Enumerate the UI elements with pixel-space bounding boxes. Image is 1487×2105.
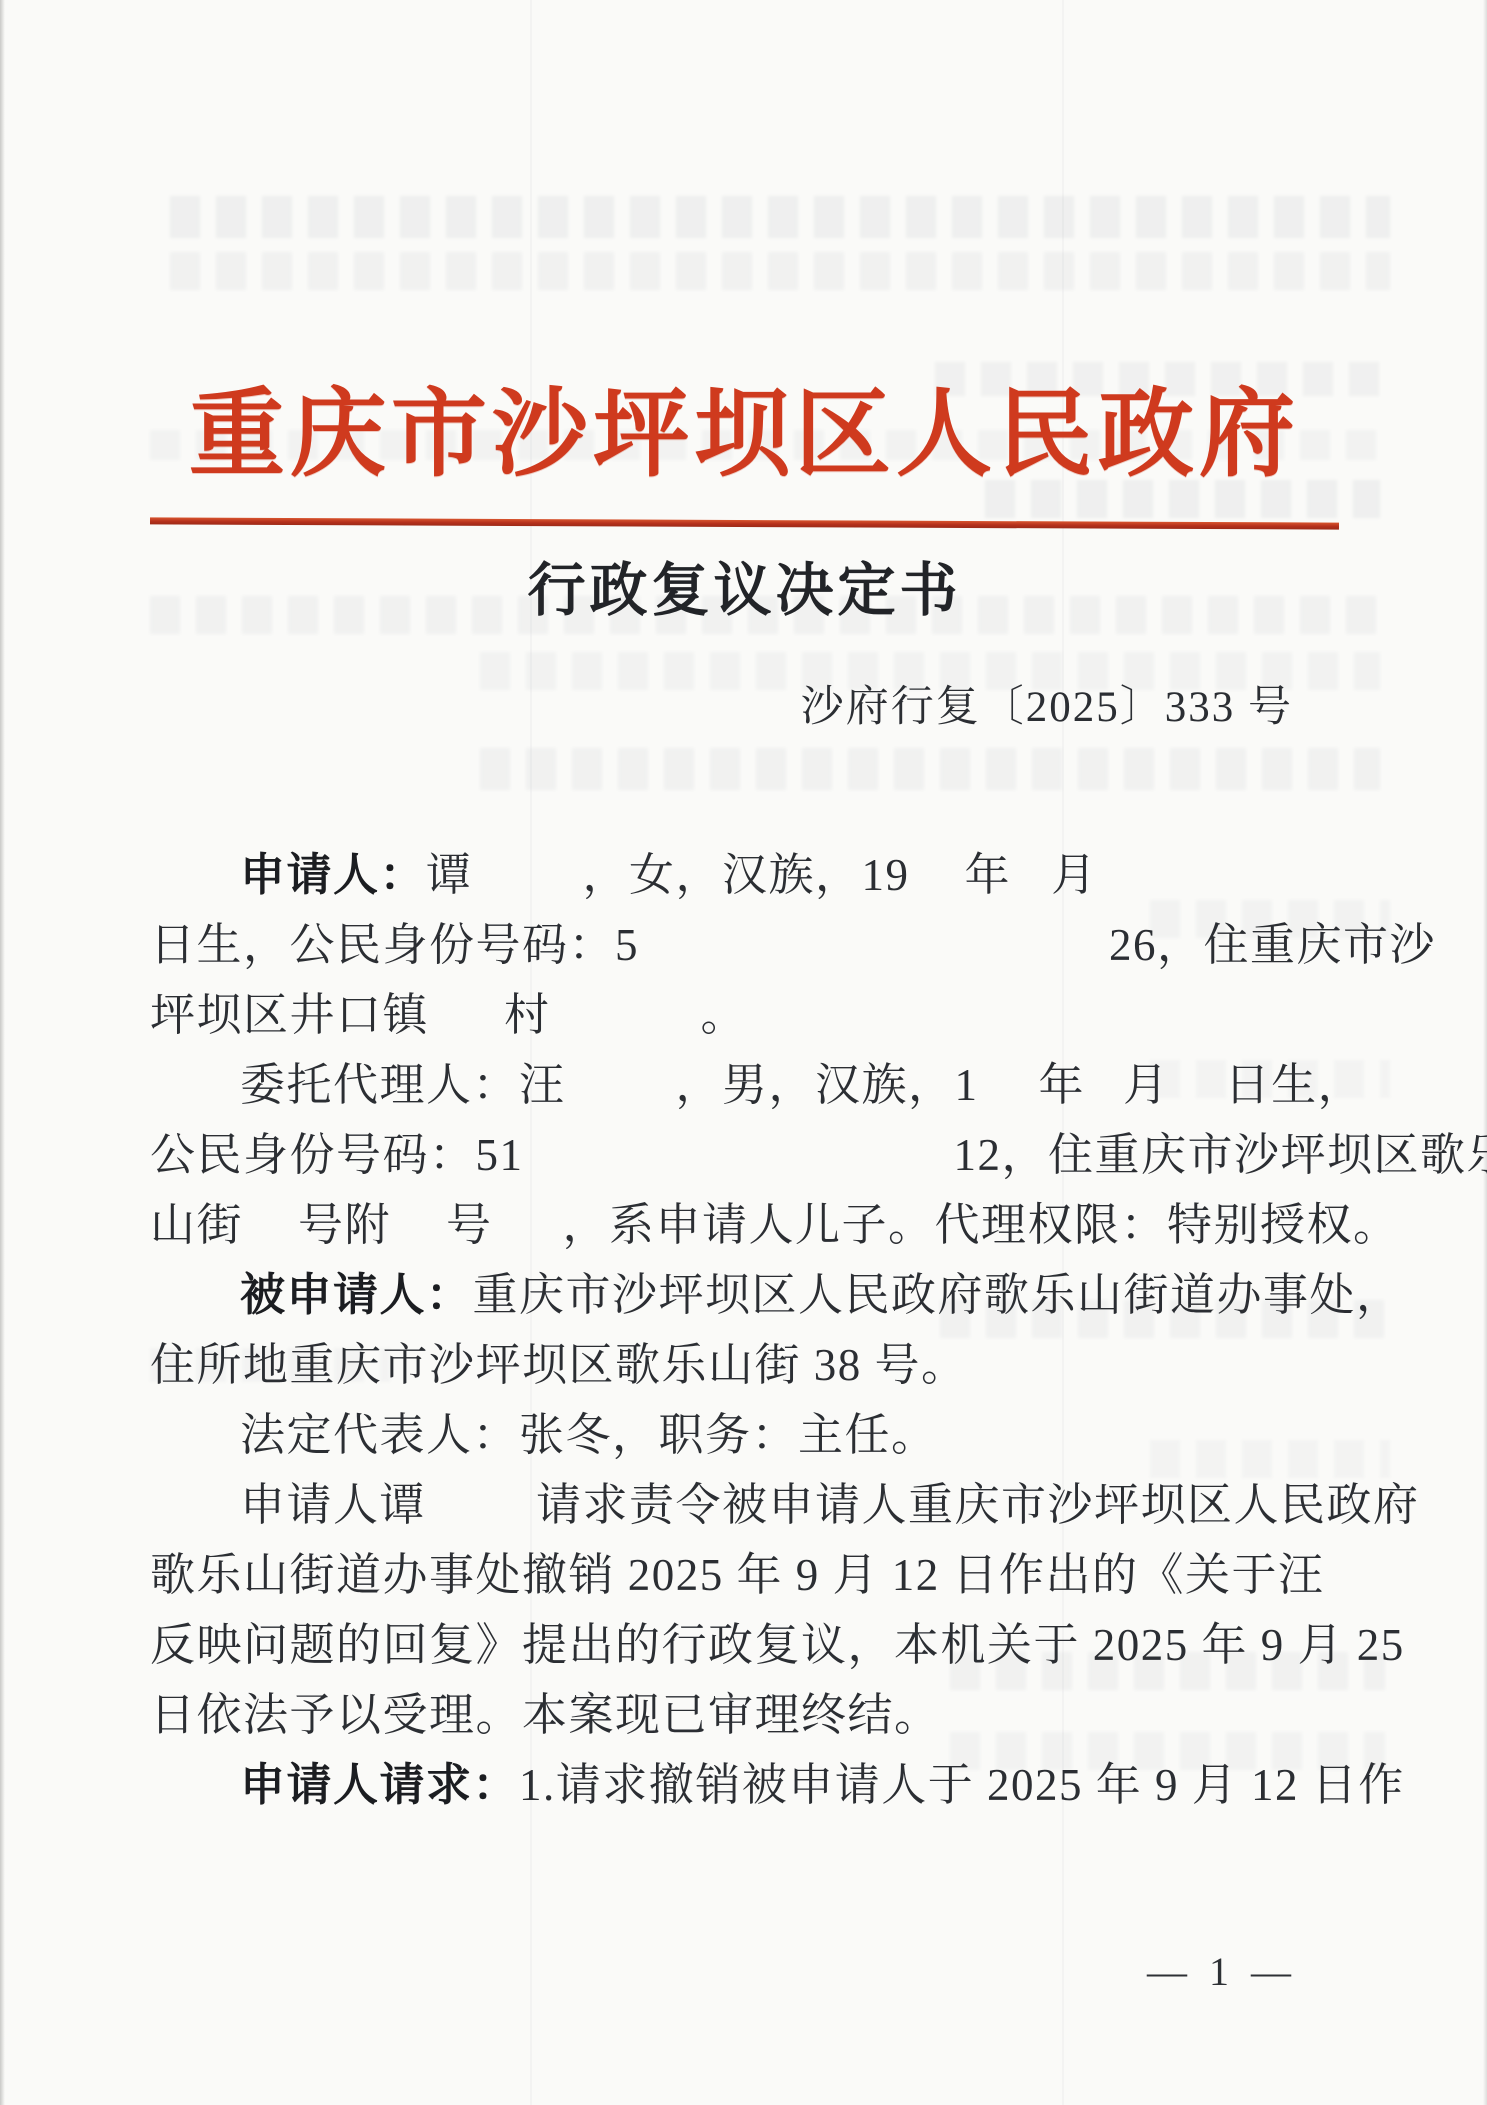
body-segment: 公民身份号码：51 [150,1130,524,1180]
redacted-gap [473,889,583,890]
redacted-gap [566,1099,676,1100]
body-segment: 住所地重庆市沙坪坝区歌乐山街 38 号。 [150,1340,968,1390]
document-subtitle: 行政复议决定书 [150,543,1339,627]
redacted-gap [1085,1099,1123,1100]
redacted-gap [524,1169,954,1170]
body-segment-bold: 申请人请求： [240,1760,519,1810]
body-segment: 委托代理人：汪 [240,1060,566,1110]
redacted-gap [1011,889,1051,890]
body-segment-bold: 申请人： [240,850,426,900]
body-segment: 法定代表人：张冬，职务：主任。 [240,1410,938,1460]
redacted-gap [639,959,1109,960]
body-segment: 请求责令被申请人重庆市沙坪坝区人民政府 [536,1480,1420,1530]
body-line: 日生，公民身份号码：526，住重庆市沙 [150,910,1339,980]
redacted-gap [1170,1099,1225,1100]
redacted-gap [243,1239,298,1240]
body-segment: 日生， [1225,1060,1365,1110]
body-segment: 年 [1039,1060,1086,1110]
body-line: 申请人谭请求责令被申请人重庆市沙坪坝区人民政府 [150,1470,1339,1540]
body-segment: 26，住重庆市沙 [1109,920,1436,970]
body-line: 申请人请求：1.请求撤销被申请人于 2025 年 9 月 12 日作 [150,1750,1339,1820]
body-segment: 申请人谭 [240,1480,426,1530]
body-line: 被申请人：重庆市沙坪坝区人民政府歌乐山街道办事处， [150,1260,1339,1330]
body-line: 歌乐山街道办事处撤销 2025 年 9 月 12 日作出的《关于汪 [150,1540,1339,1610]
body-segment: 。 [701,990,748,1040]
document-title: 重庆市沙坪坝区人民政府 [150,385,1339,486]
redacted-gap [493,1239,563,1240]
body-segment: 日生，公民身份号码：5 [150,920,639,970]
redacted-gap [551,1029,701,1030]
body-line: 公民身份号码：5112，住重庆市沙坪坝区歌乐 [150,1120,1339,1190]
body-segment: 重庆市沙坪坝区人民政府歌乐山街道办事处， [473,1270,1403,1320]
body-segment: 日依法予以受理。本案现已审理终结。 [150,1690,941,1740]
redacted-gap [391,1239,446,1240]
document-number: 沙府行复〔2025〕333 号 [150,673,1339,734]
body-segment: ，男，汉族，1 [676,1060,979,1110]
body-line: 反映问题的回复》提出的行政复议，本机关于 2025 年 9 月 25 [150,1610,1339,1680]
body-segment: 1.请求撤销被申请人于 2025 年 9 月 12 日作 [519,1760,1405,1810]
body-line: 申请人：谭，女，汉族，19年月 [150,840,1339,910]
body-segment: 号附 [298,1200,391,1250]
body-line: 山街号附号，系申请人儿子。代理权限：特别授权。 [150,1190,1339,1260]
body-line: 法定代表人：张冬，职务：主任。 [150,1400,1339,1470]
body-segment: ，系申请人儿子。代理权限：特别授权。 [563,1200,1400,1250]
body-segment: 山街 [150,1200,243,1250]
document-content: 重庆市沙坪坝区人民政府 行政复议决定书 沙府行复〔2025〕333 号 申请人：… [0,0,1487,1820]
body-segment: 12，住重庆市沙坪坝区歌乐 [954,1130,1487,1180]
body-line: 委托代理人：汪，男，汉族，1年月日生， [150,1050,1339,1120]
body-segment-bold: 被申请人： [240,1270,473,1320]
body-segment: 歌乐山街道办事处撤销 2025 年 9 月 12 日作出的《关于汪 [150,1550,1325,1600]
body-segment: 反映问题的回复》提出的行政复议，本机关于 2025 年 9 月 25 [150,1620,1405,1670]
scanned-document-page: 重庆市沙坪坝区人民政府 行政复议决定书 沙府行复〔2025〕333 号 申请人：… [0,0,1487,2105]
body-text: 申请人：谭，女，汉族，19年月日生，公民身份号码：526，住重庆市沙坪坝区井口镇… [150,840,1339,1820]
body-line: 住所地重庆市沙坪坝区歌乐山街 38 号。 [150,1330,1339,1400]
redacted-gap [979,1099,1039,1100]
body-segment: 月 [1051,850,1098,900]
body-segment: 年 [965,850,1012,900]
red-divider-rule [150,517,1339,529]
body-segment: 坪坝区井口镇 [150,990,429,1040]
body-line: 日依法予以受理。本案现已审理终结。 [150,1680,1339,1750]
body-segment: 村 [504,990,551,1040]
redacted-gap [429,1029,504,1030]
redacted-gap [910,889,965,890]
redacted-gap [426,1519,536,1520]
body-segment: 谭 [426,850,473,900]
body-segment: 月 [1123,1060,1170,1110]
body-segment: 号 [446,1200,493,1250]
body-line: 坪坝区井口镇村。 [150,980,1339,1050]
body-segment: ，女，汉族，19 [583,850,910,900]
page-number: — 1 — [1147,1948,1297,1995]
